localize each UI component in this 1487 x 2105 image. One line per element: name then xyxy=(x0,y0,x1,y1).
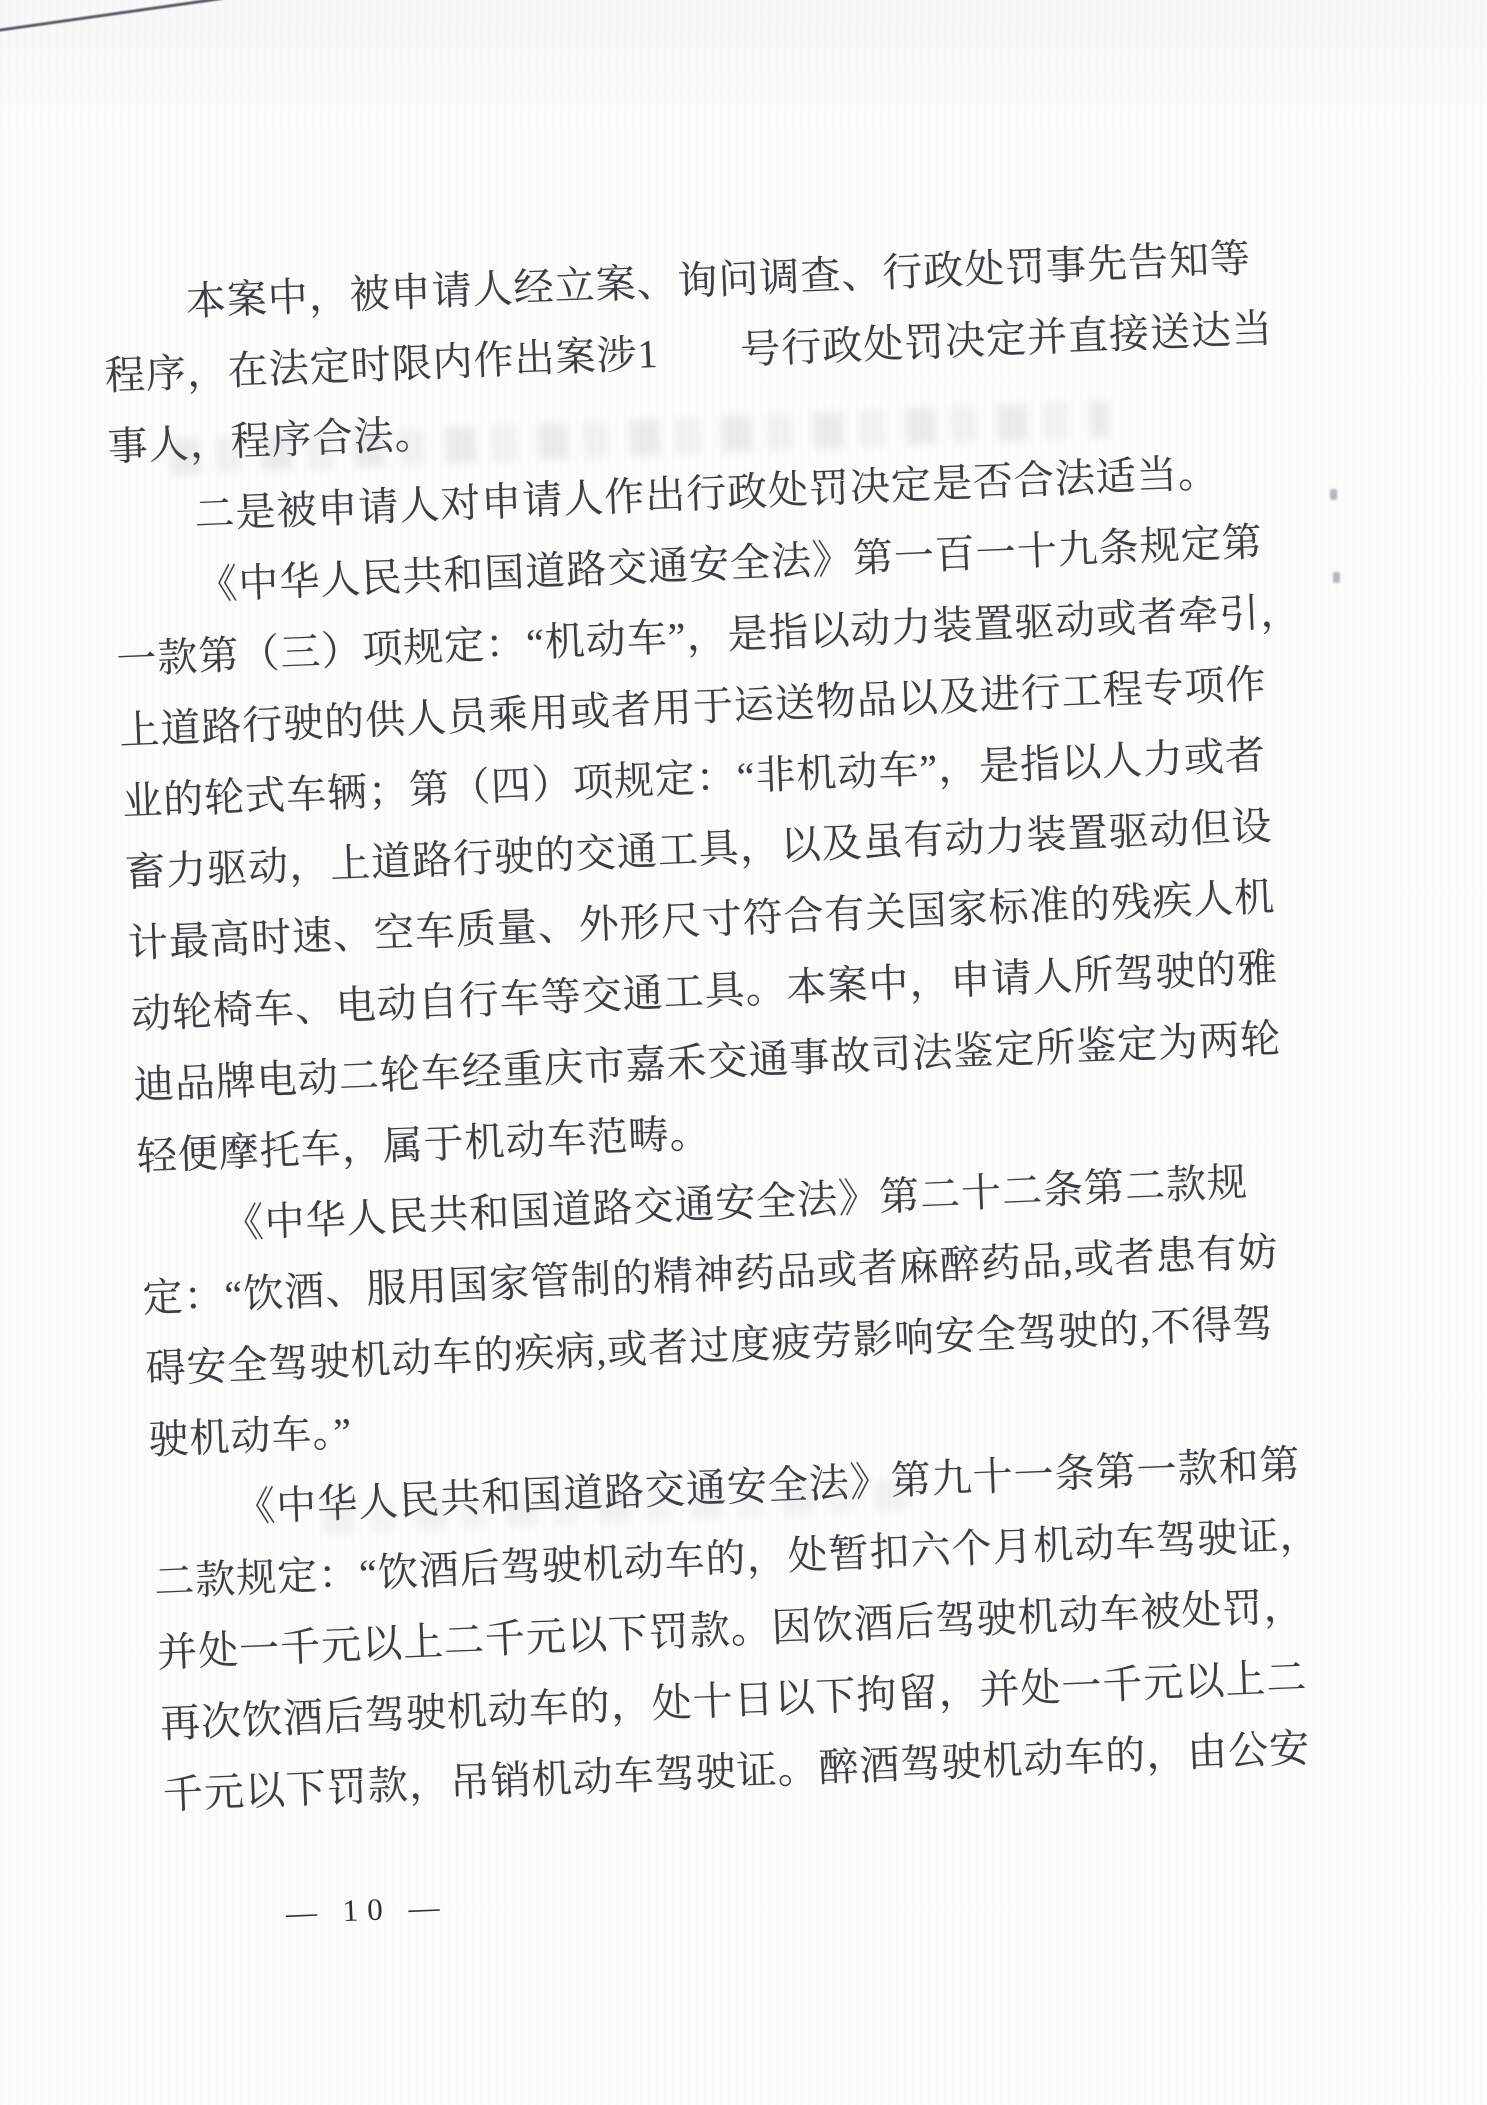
scan-speck xyxy=(1330,489,1337,500)
page-number: — 10 — xyxy=(285,1889,449,1932)
document-page: 本案中，被申请人经立案、询问调查、行政处罚事先告知等 程序，在法定时限内作出案涉… xyxy=(0,0,1487,2105)
scan-speck xyxy=(1333,572,1340,583)
document-text-block: 本案中，被申请人经立案、询问调查、行政处罚事先告知等 程序，在法定时限内作出案涉… xyxy=(100,222,1338,1831)
scan-edge-artifact xyxy=(0,0,223,33)
